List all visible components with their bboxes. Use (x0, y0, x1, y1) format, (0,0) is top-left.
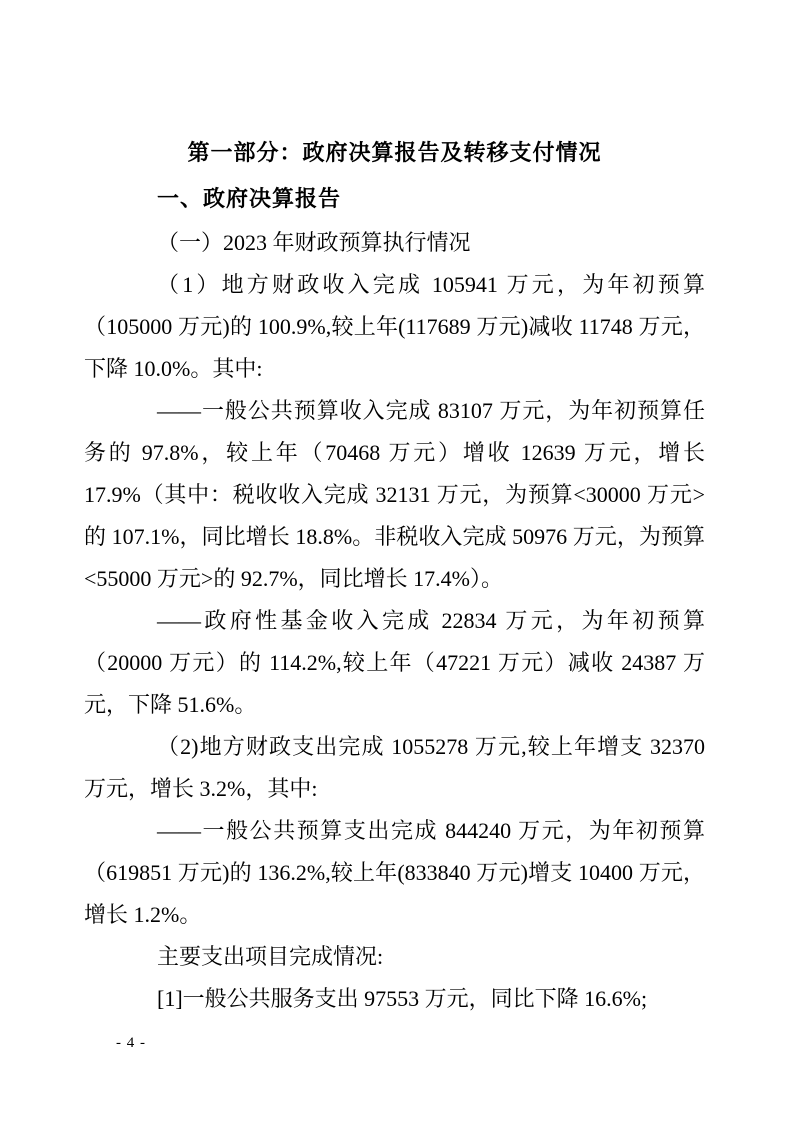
page-number: - 4 - (116, 1032, 146, 1054)
para-general-public-budget-revenue: ——一般公共预算收入完成 83107 万元，为年初预算任务的 97.8%，较上年… (84, 390, 705, 600)
document-content: 第一部分：政府决算报告及转移支付情况 一、政府决算报告 （一）2023 年财政预… (0, 0, 793, 1020)
para-main-expenditure-items-intro: 主要支出项目完成情况: (84, 936, 705, 978)
para-general-public-budget-expenditure: ——一般公共预算支出完成 844240 万元，为年初预算（619851 万元)的… (84, 810, 705, 936)
para-local-fiscal-expenditure: （2)地方财政支出完成 1055278 万元,较上年增支 32370 万元，增长… (84, 726, 705, 810)
document-title: 第一部分：政府决算报告及转移支付情况 (84, 130, 705, 176)
section-heading: 一、政府决算报告 (84, 176, 705, 222)
para-local-fiscal-revenue: （1）地方财政收入完成 105941 万元，为年初预算（105000 万元)的 … (84, 264, 705, 390)
subsection-heading-budget-execution: （一）2023 年财政预算执行情况 (84, 222, 705, 264)
document-page: 第一部分：政府决算报告及转移支付情况 一、政府决算报告 （一）2023 年财政预… (0, 0, 793, 1122)
para-government-fund-revenue: ——政府性基金收入完成 22834 万元，为年初预算（20000 万元）的 11… (84, 600, 705, 726)
para-general-public-service-expenditure: [1]一般公共服务支出 97553 万元，同比下降 16.6%; (84, 978, 705, 1020)
